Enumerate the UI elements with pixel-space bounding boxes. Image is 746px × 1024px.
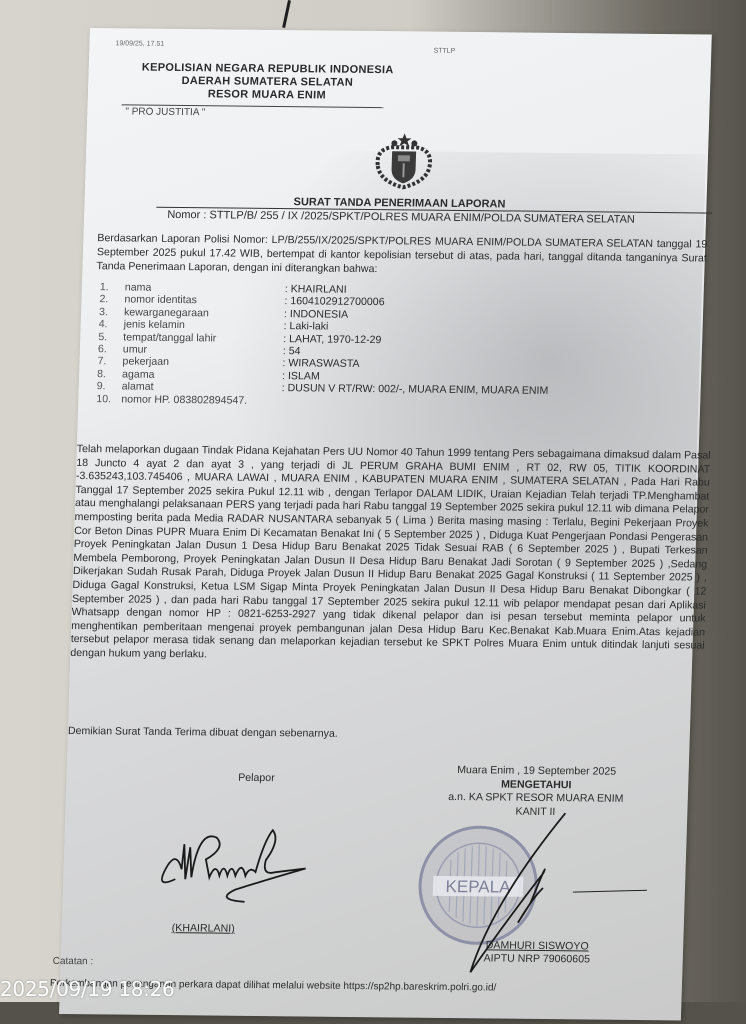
cable <box>282 0 291 28</box>
print-timestamp: 19/09/25, 17.51 <box>115 40 164 48</box>
identity-num: 7. <box>97 356 122 369</box>
photo-timestamp-overlay: 2025/09/19 18:26 <box>0 977 174 1001</box>
officer-signature-icon <box>449 802 655 1004</box>
pro-justitia: " PRO JUSTITIA " <box>125 106 205 118</box>
reporter-signature-icon <box>144 819 317 911</box>
police-emblem-icon <box>367 131 441 192</box>
print-code: STTLP <box>433 48 455 55</box>
officer-block: DAMHURI SISWOYO AIPTU NRP 79060605 <box>457 939 618 966</box>
identity-num: 5. <box>98 331 123 344</box>
identity-num: 2. <box>99 294 124 307</box>
identity-num: 8. <box>97 368 122 381</box>
note-label: Catatan : <box>53 956 94 967</box>
intro-paragraph: Berdasarkan Laporan Polisi Nomor: LP/B/2… <box>96 231 707 279</box>
officer-rank-nrp: AIPTU NRP 79060605 <box>457 952 617 966</box>
closing-statement: Demikian Surat Tanda Terima dibuat denga… <box>68 725 338 740</box>
reporter-identity-list: 1.nama: KHAIRLANI2.nomor identitas: 1604… <box>96 281 660 411</box>
identity-num: 4. <box>98 318 123 331</box>
reporter-name: (KHAIRLANI) <box>172 922 235 935</box>
print-header: 19/09/25, 17.51 STTLP <box>115 40 685 53</box>
incident-description: Telah melaporkan dugaan Tindak Pidana Ke… <box>70 443 711 667</box>
report-receipt-document: 19/09/25, 17.51 STTLP KEPOLISIAN NEGARA … <box>59 28 712 1020</box>
reporter-role: Pelapor <box>186 771 326 784</box>
identity-num: 10. <box>96 393 121 406</box>
identity-num: 9. <box>97 380 122 393</box>
letterhead: KEPOLISIAN NEGARA REPUBLIK INDONESIA DAE… <box>122 61 413 103</box>
identity-num: 1. <box>100 281 125 294</box>
identity-num: 3. <box>99 306 124 319</box>
identity-label: nomor HP. 083802894547. <box>121 393 247 407</box>
identity-num: 6. <box>98 343 123 356</box>
letterhead-line3: RESOR MUARA ENIM <box>122 87 412 103</box>
